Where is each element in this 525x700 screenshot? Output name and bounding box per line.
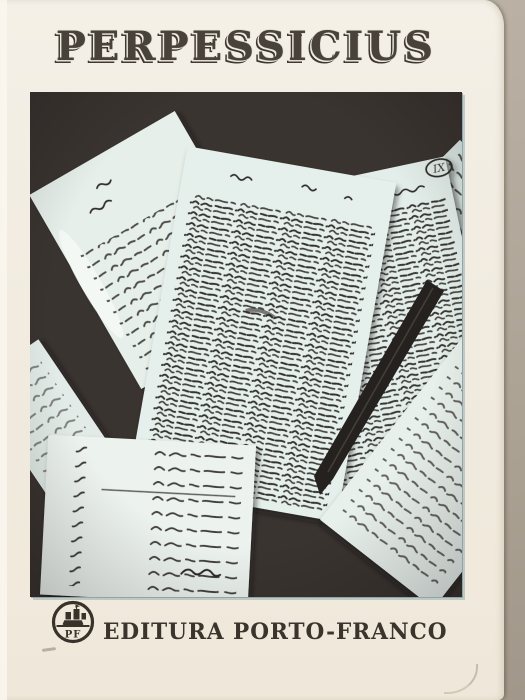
ship-icon (63, 605, 87, 627)
scanned-book-cover: PERPESSICIUS PERPESSICIUS PERPESSICIUS (0, 0, 525, 700)
book-cover: PERPESSICIUS PERPESSICIUS PERPESSICIUS (0, 0, 504, 700)
cover-corner-crease (444, 664, 478, 694)
manuscripts-photo: IX (30, 92, 462, 597)
publisher-name: EDITURA PORTO-FRANCO (103, 619, 448, 645)
book-title-face: PERPESSICIUS (0, 25, 504, 69)
cover-left-edge (0, 0, 7, 700)
photo-vignette (30, 92, 462, 597)
logo-monogram: PF (65, 630, 82, 641)
publisher-row: PF EDITURA PORTO-FRANCO (0, 622, 504, 678)
book-title: PERPESSICIUS PERPESSICIUS PERPESSICIUS (0, 25, 504, 77)
publisher-ship-logo-icon: PF (50, 599, 96, 645)
